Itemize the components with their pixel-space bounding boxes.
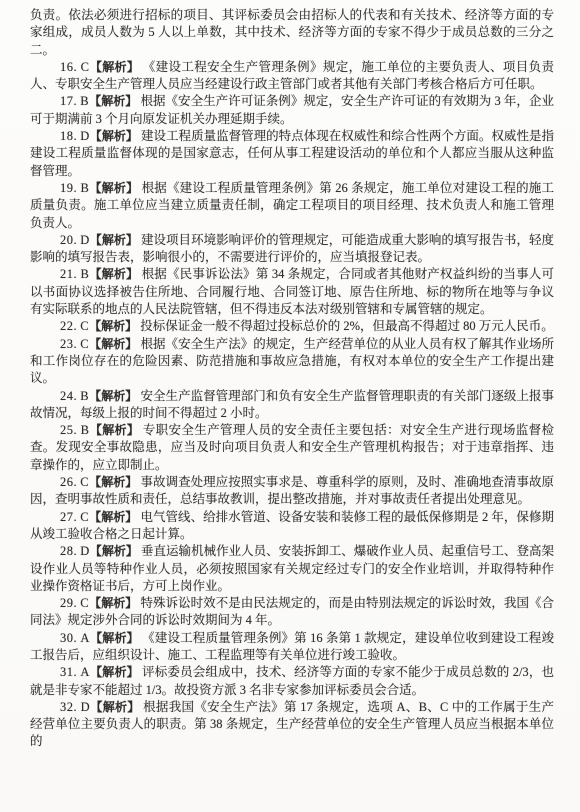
analysis-marker: 【解析】 [89, 510, 137, 524]
item-answer-letter: C [80, 337, 89, 351]
analysis-marker: 【解析】 [90, 700, 140, 714]
item-number: 26. [60, 475, 77, 489]
answer-item: 29. C【解析】 特殊诉讼时效不是由民法规定的，而是由特别法规定的诉讼时效，我… [30, 595, 554, 630]
answer-item: 32. D【解析】 根据我国《安全生产法》第 17 条规定，选项 A、B、C 中… [30, 699, 554, 751]
scanned-document-page: 负责。依法必须进行招标的项目、其评标委员会由招标人的代表和有关技术、经济等方面的… [0, 0, 580, 812]
item-number: 22. [60, 319, 77, 333]
item-answer-letter: A [80, 665, 90, 679]
analysis-marker: 【解析】 [89, 60, 139, 74]
item-number: 27. [60, 510, 77, 524]
analysis-marker: 【解析】 [89, 596, 137, 610]
item-number: 16. [60, 60, 77, 74]
answer-item: 28. D【解析】 垂直运输机械作业人员、安装拆卸工、爆破作业人员、起重信号工、… [30, 543, 554, 595]
item-number: 30. [60, 631, 77, 645]
item-number: 21. [60, 267, 77, 281]
item-answer-letter: B [80, 94, 89, 108]
item-number: 28. [60, 544, 77, 558]
analysis-marker: 【解析】 [89, 337, 137, 351]
answer-item: 21. B【解析】 根据《民事诉讼法》第 34 条规定，合同或者其他财产权益纠纷… [30, 266, 554, 318]
answer-item: 30. A【解析】 《建设工程质量管理条例》第 16 条第 1 款规定，建设单位… [30, 630, 554, 665]
item-answer-letter: B [80, 389, 89, 403]
analysis-marker: 【解析】 [89, 475, 137, 489]
item-answer-letter: B [80, 267, 89, 281]
analysis-marker: 【解析】 [89, 181, 138, 195]
intro-text: 负责。依法必须进行招标的项目、其评标委员会由招标人的代表和有关技术、经济等方面的… [30, 8, 554, 57]
item-answer-letter: C [80, 319, 89, 333]
answer-item: 24. B【解析】 安全生产监督管理部门和负有安全生产监督管理职责的有关部门逐级… [30, 388, 554, 423]
answer-item: 20. D【解析】 建设项目环境影响评价的管理规定，可能造成重大影响的填写报告书… [30, 232, 554, 267]
analysis-marker: 【解析】 [90, 129, 138, 143]
item-number: 18. [60, 129, 77, 143]
item-answer-letter: D [80, 129, 90, 143]
item-number: 24. [60, 389, 77, 403]
answer-item: 16. C【解析】 《建设工程安全生产管理条例》规定，施工单位的主要负责人、项目… [30, 59, 554, 94]
item-answer-letter: D [80, 544, 90, 558]
analysis-marker: 【解析】 [90, 631, 139, 645]
intro-paragraph: 负责。依法必须进行招标的项目、其评标委员会由招标人的代表和有关技术、经济等方面的… [30, 7, 554, 59]
item-answer-letter: C [80, 475, 89, 489]
analysis-marker: 【解析】 [89, 267, 138, 281]
item-answer-letter: A [80, 631, 90, 645]
item-number: 19. [60, 181, 77, 195]
answer-item: 22. C【解析】 投标保证金一般不得超过投标总价的 2%，但最高不得超过 80… [30, 318, 554, 335]
item-answer-letter: D [80, 233, 90, 247]
analysis-marker: 【解析】 [89, 389, 137, 403]
analysis-marker: 【解析】 [90, 233, 138, 247]
item-number: 29. [60, 596, 77, 610]
analysis-marker: 【解析】 [89, 423, 139, 437]
answer-item: 31. A【解析】 评标委员会组成中，技术、经济等方面的专家不能少于成员总数的 … [30, 664, 554, 699]
item-answer-letter: B [80, 181, 89, 195]
answer-item: 26. C【解析】 事故调查处理应按照实事求是、尊重科学的原则，及时、准确地查清… [30, 474, 554, 509]
analysis-marker: 【解析】 [89, 319, 137, 333]
answer-item: 23. C【解析】 根据《安全生产法》的规定，生产经营单位的从业人员有权了解其作… [30, 336, 554, 388]
answer-item: 25. B【解析】 专职安全生产管理人员的安全责任主要包括：对安全生产进行现场监… [30, 422, 554, 474]
answer-item: 17. B【解析】 根据《安全生产许可证条例》规定，安全生产许可证的有效期为 3… [30, 93, 554, 128]
item-answer-letter: C [80, 510, 89, 524]
item-explanation-text: 投标保证金一般不得超过投标总价的 2%，但最高不得超过 80 万元人民币。 [140, 319, 554, 333]
analysis-marker: 【解析】 [90, 544, 138, 558]
answer-item: 19. B【解析】 根据《建设工程质量管理条例》第 26 条规定，施工单位对建设… [30, 180, 554, 232]
item-number: 32. [60, 700, 77, 714]
items-container: 16. C【解析】 《建设工程安全生产管理条例》规定，施工单位的主要负责人、项目… [30, 59, 554, 751]
answer-item: 18. D【解析】 建设工程质量监督管理的特点体现在权威性和综合性两个方面。权威… [30, 128, 554, 180]
item-number: 25. [60, 423, 77, 437]
analysis-marker: 【解析】 [89, 94, 137, 108]
item-number: 20. [60, 233, 77, 247]
analysis-marker: 【解析】 [90, 665, 139, 679]
item-number: 31. [60, 665, 77, 679]
answer-item: 27. C【解析】 电气管线、给排水管道、设备安装和装修工程的最低保修期是 2 … [30, 509, 554, 544]
item-answer-letter: D [81, 700, 91, 714]
item-number: 23. [60, 337, 77, 351]
item-answer-letter: C [80, 596, 89, 610]
item-number: 17. [60, 94, 77, 108]
